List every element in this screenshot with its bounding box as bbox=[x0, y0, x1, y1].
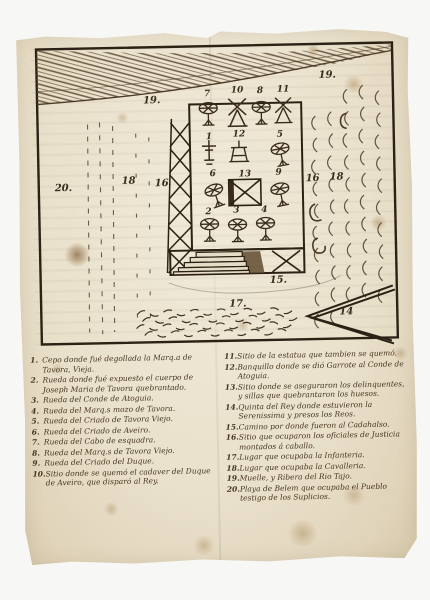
legend-number: 19. bbox=[227, 474, 240, 484]
manuscript-paper: 19. 19. 20. 18 16 16 18 7 10 8 11 1 12 5… bbox=[14, 26, 421, 568]
hatched-riverbank-band bbox=[36, 43, 392, 104]
burning-site-13 bbox=[229, 179, 262, 206]
legend-right-column: 11. Sitio de la estatua que tambien se q… bbox=[224, 348, 413, 504]
legend-text: Sitio donde se quemó el cadaver del Duqu… bbox=[45, 466, 218, 488]
legend-number: 2. bbox=[31, 376, 43, 395]
label-10: 10 bbox=[231, 85, 244, 95]
legend-left-column: 1. Cepo donde fué degollada la Marq.a de… bbox=[30, 352, 219, 508]
legend-item: 12. Banquillo donde se dió Garrote al Co… bbox=[224, 359, 410, 382]
legend-number: 14. bbox=[225, 402, 238, 421]
legend-item: 20. Playa de Belem que ocupaba el Pueblo… bbox=[227, 481, 413, 504]
label-3: 3 bbox=[233, 206, 239, 216]
label-2: 2 bbox=[204, 207, 211, 217]
legend-text: Rueda donde fué expuesto el cuerpo de Jo… bbox=[43, 372, 217, 395]
ground-sketch-line bbox=[169, 276, 341, 295]
label-15: 15. bbox=[270, 275, 288, 286]
label-4: 4 bbox=[261, 205, 267, 215]
legend-number: 6. bbox=[32, 427, 44, 437]
legend-item: 13. Sitio donde se aseguraron los delinq… bbox=[225, 379, 411, 402]
legend-number: 12. bbox=[224, 362, 237, 381]
wheel-6-icon bbox=[204, 182, 228, 209]
legend-text: Banquillo donde se dió Garrote al Conde … bbox=[237, 359, 410, 381]
legend-text: Quinta del Rey donde estuvieron la Seren… bbox=[238, 399, 411, 421]
legend-text: Sitio que ocuparon los oficiales de Just… bbox=[239, 429, 412, 451]
label-16-right: 16 bbox=[306, 173, 320, 184]
legend-number: 7. bbox=[32, 438, 44, 448]
label-12: 12 bbox=[233, 129, 246, 139]
legend-number: 10. bbox=[32, 469, 45, 488]
legend-item: 16. Sitio que ocuparon los oficiales de … bbox=[226, 429, 412, 452]
legend-number: 13. bbox=[225, 382, 238, 401]
wheel-3-icon bbox=[228, 219, 246, 242]
wheel-7-icon bbox=[199, 102, 217, 125]
legend-number: 8. bbox=[32, 448, 44, 458]
label-5: 5 bbox=[277, 130, 283, 140]
legend-item: 14. Quinta del Rey donde estuvieron la S… bbox=[225, 399, 411, 422]
legend-number: 5. bbox=[31, 417, 43, 427]
legend-number: 20. bbox=[227, 484, 240, 503]
label-17: 17. bbox=[229, 298, 247, 309]
legend-number: 4. bbox=[31, 406, 43, 416]
x-brace-right bbox=[272, 250, 300, 272]
legend-number: 17. bbox=[226, 453, 239, 463]
legend-text: Sitio donde se aseguraron los delinquent… bbox=[238, 379, 411, 401]
label-9: 9 bbox=[275, 168, 282, 178]
label-19-band: 19. bbox=[143, 95, 161, 106]
cepo-1-icon bbox=[202, 140, 216, 164]
legend-number: 18. bbox=[226, 463, 239, 473]
legend-item: 10. Sitio donde se quemó el cadaver del … bbox=[32, 466, 218, 489]
label-6: 6 bbox=[209, 169, 216, 179]
infantry-rows bbox=[136, 307, 298, 337]
legend-number: 15. bbox=[226, 422, 239, 432]
label-1: 1 bbox=[206, 132, 212, 142]
label-7: 7 bbox=[204, 89, 211, 99]
legend-number: 16. bbox=[226, 433, 239, 452]
photograph-of-manuscript: 19. 19. 20. 18 16 16 18 7 10 8 11 1 12 5… bbox=[0, 0, 430, 600]
legend-number: 1. bbox=[30, 356, 42, 375]
wheel-2-icon bbox=[200, 218, 218, 241]
label-14: 14 bbox=[339, 306, 353, 317]
legend-item: 1. Cepo donde fué degollada la Marq.a de… bbox=[30, 352, 216, 375]
dashed-lines-left bbox=[85, 121, 152, 334]
aspa-11-icon bbox=[274, 97, 292, 122]
legend-number: 9. bbox=[32, 459, 44, 469]
label-20-left: 20. bbox=[54, 183, 73, 194]
legend: 1. Cepo donde fué degollada la Marq.a de… bbox=[30, 348, 413, 508]
bench-12-icon bbox=[229, 140, 249, 161]
label-19-top: 19. bbox=[318, 70, 336, 81]
wheel-4-icon bbox=[256, 217, 274, 240]
label-18-left: 18 bbox=[122, 176, 136, 187]
wheel-5-icon bbox=[270, 142, 292, 168]
legend-item: 2. Rueda donde fué expuesto el cuerpo de… bbox=[31, 372, 217, 395]
legend-text: Playa de Belem que ocupaba el Pueblo tes… bbox=[240, 481, 413, 503]
label-16-left: 16 bbox=[155, 178, 169, 189]
legend-number: 3. bbox=[31, 396, 43, 406]
label-18-right: 18 bbox=[330, 171, 344, 182]
label-8: 8 bbox=[257, 86, 264, 96]
legend-text: Cepo donde fué degollada la Marq.a de Ta… bbox=[42, 352, 216, 375]
legend-number: 11. bbox=[224, 352, 237, 362]
label-11: 11 bbox=[277, 85, 290, 95]
wheel-8-icon bbox=[252, 101, 270, 124]
wheel-9-icon bbox=[270, 182, 292, 208]
label-13: 13 bbox=[238, 169, 251, 179]
